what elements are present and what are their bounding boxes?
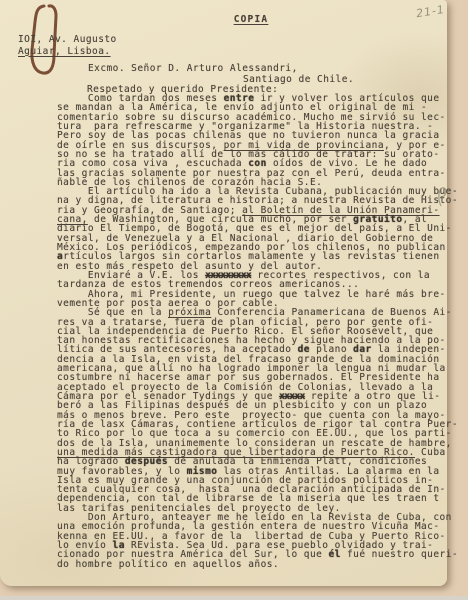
letter-page: COPIA IOI, Av. AugustoAguiar, Lisboa. Ex… [0,0,447,586]
pencil-mark [434,182,450,210]
recipient-line: Excmo. Señor D. Arturo Alessandri, [88,64,298,73]
scanned-letter-screenshot: { "colors": { "paper": "#eadfc2", "backi… [0,0,468,600]
scan-edge-strip [0,596,468,600]
copy-heading: COPIA [234,15,269,24]
letter-line: do hombre político en aquellos años. [57,560,458,569]
letter-line: Aguiar, Lisboa. [18,47,117,59]
letter-body: Como tardan dos meses entre ir y volver … [57,94,458,569]
sender-address: IOI, Av. AugustoAguiar, Lisboa. [18,35,117,58]
recipient-city: Santiago de Chile. [243,75,354,84]
